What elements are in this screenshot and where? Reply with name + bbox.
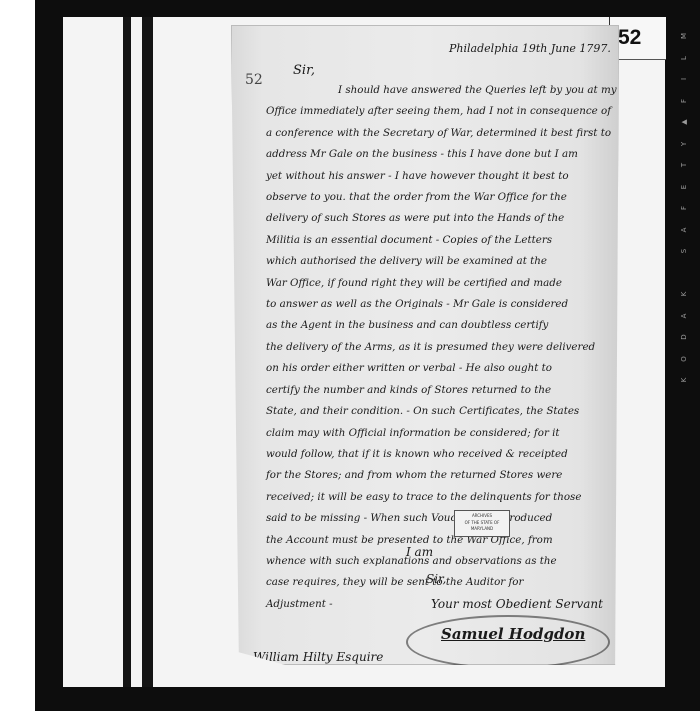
binding-bar (142, 17, 153, 687)
closing-servant: Your most Obedient Servant (431, 597, 603, 611)
folio-mark: 52 (245, 72, 263, 88)
letter-line: as the Agent in the business and can dou… (266, 315, 616, 336)
film-edge-letter: O (680, 356, 688, 362)
film-edge-letter: K (680, 378, 688, 383)
film-edge-letter: A (680, 227, 688, 232)
salutation: Sir, (293, 63, 315, 78)
letter-line: said to be missing - When such Vouchers … (266, 508, 616, 529)
letter-line: a conference with the Secretary of War, … (266, 123, 616, 144)
letter-line: claim may with Official information be c… (266, 423, 616, 444)
closing-i-am: I am (406, 545, 433, 559)
letter-line: War Office, if found right they will be … (266, 273, 616, 294)
letter-line: Militia is an essential document - Copie… (266, 230, 616, 251)
letter-line: observe to you. that the order from the … (266, 187, 616, 208)
film-edge-letter: F (680, 206, 688, 210)
film-margin-left (0, 0, 35, 711)
letter-line: which authorised the delivery will be ex… (266, 251, 616, 272)
letter-line: yet without his answer - I have however … (266, 166, 616, 187)
film-edge-letter: M (680, 33, 688, 39)
film-edge-imprint: KODAKSAFETY▲FILM (672, 8, 696, 388)
letter-line: for the Stores; and from whom the return… (266, 465, 616, 486)
letter-line: I should have answered the Queries left … (266, 80, 616, 101)
letter-line: the Account must be presented to the War… (266, 530, 616, 551)
film-edge-letter: I (680, 78, 688, 80)
letter-line: State, and their condition. - On such Ce… (266, 401, 616, 422)
film-edge-letter: F (680, 98, 688, 102)
folder-number: 52 (618, 26, 641, 50)
film-edge-letter: D (680, 334, 688, 339)
letter-line: the delivery of the Arms, as it is presu… (266, 337, 616, 358)
letter-line: certify the number and kinds of Stores r… (266, 380, 616, 401)
film-edge-letter: S (680, 249, 688, 253)
letter-line: address Mr Gale on the business - this I… (266, 144, 616, 165)
manuscript-letter: Philadelphia 19th June 1797. 52 Sir, I s… (231, 25, 619, 665)
film-edge-letter: K (680, 292, 688, 297)
letter-line: to answer as well as the Originals - Mr … (266, 294, 616, 315)
letter-line: would follow, that if it is known who re… (266, 444, 616, 465)
film-edge-letter: ▲ (680, 119, 688, 124)
archives-stamp: ARCHIVES OF THE STATE OF MARYLAND (454, 510, 510, 537)
letter-line: delivery of such Stores as were put into… (266, 208, 616, 229)
letter-date: Philadelphia 19th June 1797. (449, 42, 611, 55)
film-edge-letter: E (680, 184, 688, 188)
film-edge-letter: L (680, 56, 688, 60)
binding-bar (123, 17, 131, 687)
letter-line: Office immediately after seeing them, ha… (266, 101, 616, 122)
film-edge-letter: T (680, 163, 688, 167)
letter-line: whence with such explanations and observ… (266, 551, 616, 572)
signature: Samuel Hodgdon (441, 625, 585, 643)
letter-body: I should have answered the Queries left … (266, 80, 616, 615)
stamp-line: MARYLAND (455, 526, 509, 533)
closing-sir: Sir, (426, 572, 446, 586)
letter-line: received; it will be easy to trace to th… (266, 487, 616, 508)
film-edge-letter: Y (680, 141, 688, 145)
film-edge-letter: A (680, 313, 688, 318)
letter-line: on his order either written or verbal - … (266, 358, 616, 379)
